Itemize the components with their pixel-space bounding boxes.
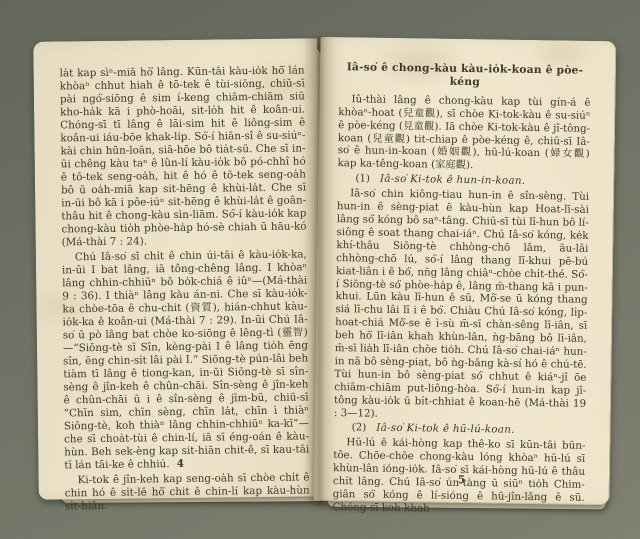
- paragraph-section-1: Iâ-so͘ chin kiông-tiau hun-in ê sîn-sèng…: [334, 187, 589, 423]
- section-title-text-1: Iâ-so͘ Ki-tok ê hun-in-koan.: [380, 173, 526, 187]
- section-number-1: (1): [355, 173, 370, 185]
- page-right-text-block: Iâ-so͘ ê chong-kàu kàu-io̍k-koan ê pòe-k…: [332, 61, 591, 520]
- paragraph-continued: la̍t kap sìⁿ-miā hō͘ lâng. Kūn-tāi kàu-i…: [60, 64, 307, 249]
- page-right: Iâ-so͘ ê chong-kàu kàu-io̍k-koan ê pòe-k…: [314, 37, 617, 505]
- section-title-2: (2)Iâ-so͘ Ki-tok ê hū-lú-koan.: [334, 422, 586, 439]
- paragraph-intro: Iû-thài lâng ê chong-kàu kap tùi gín-á ê…: [337, 93, 590, 174]
- chapter-heading: Iâ-so͘ ê chong-kàu kàu-io̍k-koan ê pòe-k…: [339, 61, 591, 91]
- paragraph: Ki-tok ê jîn-keh kap seng-oa̍h sī chòe c…: [65, 471, 310, 513]
- page-left-text-block: la̍t kap sìⁿ-miā hō͘ lâng. Kūn-tāi kàu-i…: [60, 64, 310, 515]
- paragraph: Chú Iâ-so͘ sī chi̍t ê chin úi-tāi ê kàu-…: [62, 248, 310, 472]
- book-spread-photo: la̍t kap sìⁿ-miā hō͘ lâng. Kūn-tāi kàu-i…: [0, 0, 640, 539]
- section-title-text-2: Iâ-so͘ Ki-tok ê hū-lú-koan.: [376, 422, 515, 436]
- section-number-2: (2): [352, 422, 367, 434]
- section-title-1: (1)Iâ-so͘ Ki-tok ê hun-in-koan.: [337, 172, 589, 189]
- page-left: la̍t kap sìⁿ-miā hō͘ lâng. Kūn-tāi kàu-i…: [33, 38, 323, 499]
